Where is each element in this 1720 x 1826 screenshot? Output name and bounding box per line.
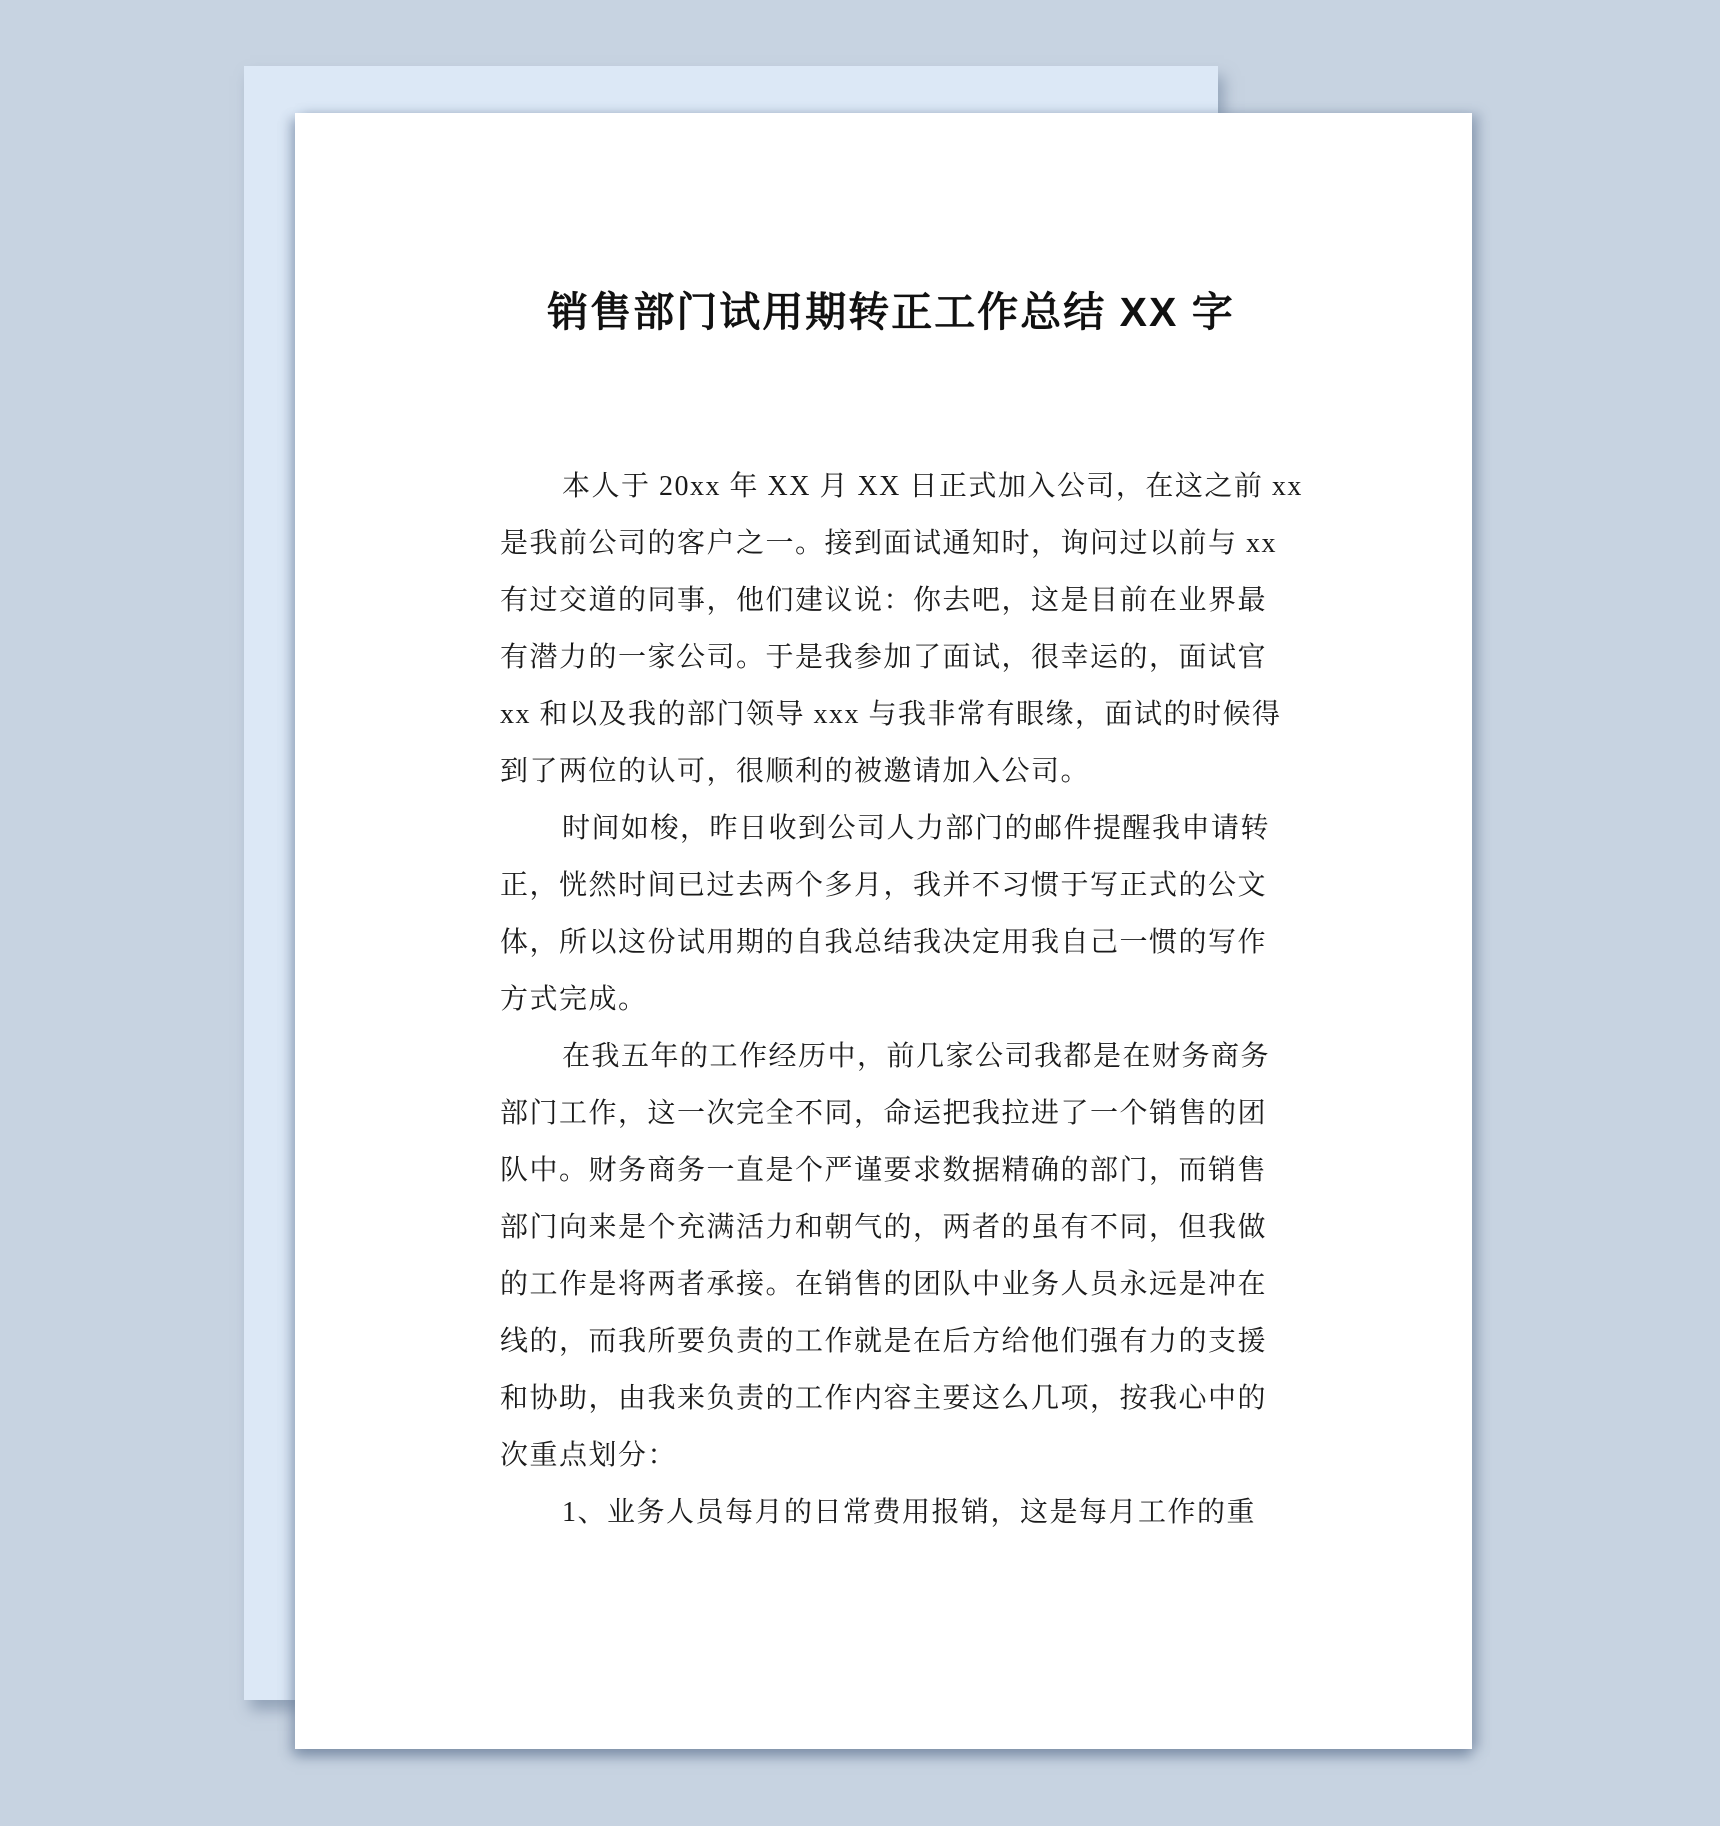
paragraph: 1、业务人员每月的日常费用报销，这是每月工作的重	[500, 1484, 1282, 1541]
document-preview-canvas: 销售部门试用期转正工作总结 XX 字 本人于 20xx 年 XX 月 XX 日正…	[0, 0, 1720, 1826]
text-line: 次重点划分：	[500, 1427, 1282, 1484]
paragraph: 本人于 20xx 年 XX 月 XX 日正式加入公司，在这之前 xx是我前公司的…	[500, 458, 1282, 800]
text-line: 队中。财务商务一直是个严谨要求数据精确的部门，而销售	[500, 1142, 1282, 1199]
text-line: 到了两位的认可，很顺利的被邀请加入公司。	[500, 743, 1282, 800]
document-body: 本人于 20xx 年 XX 月 XX 日正式加入公司，在这之前 xx是我前公司的…	[500, 458, 1282, 1541]
text-line: 的工作是将两者承接。在销售的团队中业务人员永远是冲在	[500, 1256, 1282, 1313]
text-line: 是我前公司的客户之一。接到面试通知时，询问过以前与 xx	[500, 515, 1282, 572]
paragraph: 时间如梭，昨日收到公司人力部门的邮件提醒我申请转正，恍然时间已过去两个多月，我并…	[500, 800, 1282, 1028]
text-line: 部门向来是个充满活力和朝气的，两者的虽有不同，但我做	[500, 1199, 1282, 1256]
text-line: 线的，而我所要负责的工作就是在后方给他们强有力的支援	[500, 1313, 1282, 1370]
text-line: 1、业务人员每月的日常费用报销，这是每月工作的重	[500, 1484, 1282, 1541]
text-line: 部门工作，这一次完全不同，命运把我拉进了一个销售的团	[500, 1085, 1282, 1142]
document-page: 销售部门试用期转正工作总结 XX 字 本人于 20xx 年 XX 月 XX 日正…	[295, 113, 1472, 1749]
text-line: 方式完成。	[500, 971, 1282, 1028]
text-line: 体，所以这份试用期的自我总结我决定用我自己一惯的写作	[500, 914, 1282, 971]
text-line: xx 和以及我的部门领导 xxx 与我非常有眼缘，面试的时候得	[500, 686, 1282, 743]
text-line: 本人于 20xx 年 XX 月 XX 日正式加入公司，在这之前 xx	[500, 458, 1282, 515]
text-line: 有过交道的同事，他们建议说：你去吧，这是目前在业界最	[500, 572, 1282, 629]
text-line: 时间如梭，昨日收到公司人力部门的邮件提醒我申请转	[500, 800, 1282, 857]
text-line: 在我五年的工作经历中，前几家公司我都是在财务商务	[500, 1028, 1282, 1085]
text-line: 和协助，由我来负责的工作内容主要这么几项，按我心中的	[500, 1370, 1282, 1427]
paragraph: 在我五年的工作经历中，前几家公司我都是在财务商务部门工作，这一次完全不同，命运把…	[500, 1028, 1282, 1484]
text-line: 有潜力的一家公司。于是我参加了面试，很幸运的，面试官	[500, 629, 1282, 686]
text-line: 正，恍然时间已过去两个多月，我并不习惯于写正式的公文	[500, 857, 1282, 914]
page-title: 销售部门试用期转正工作总结 XX 字	[500, 279, 1282, 338]
